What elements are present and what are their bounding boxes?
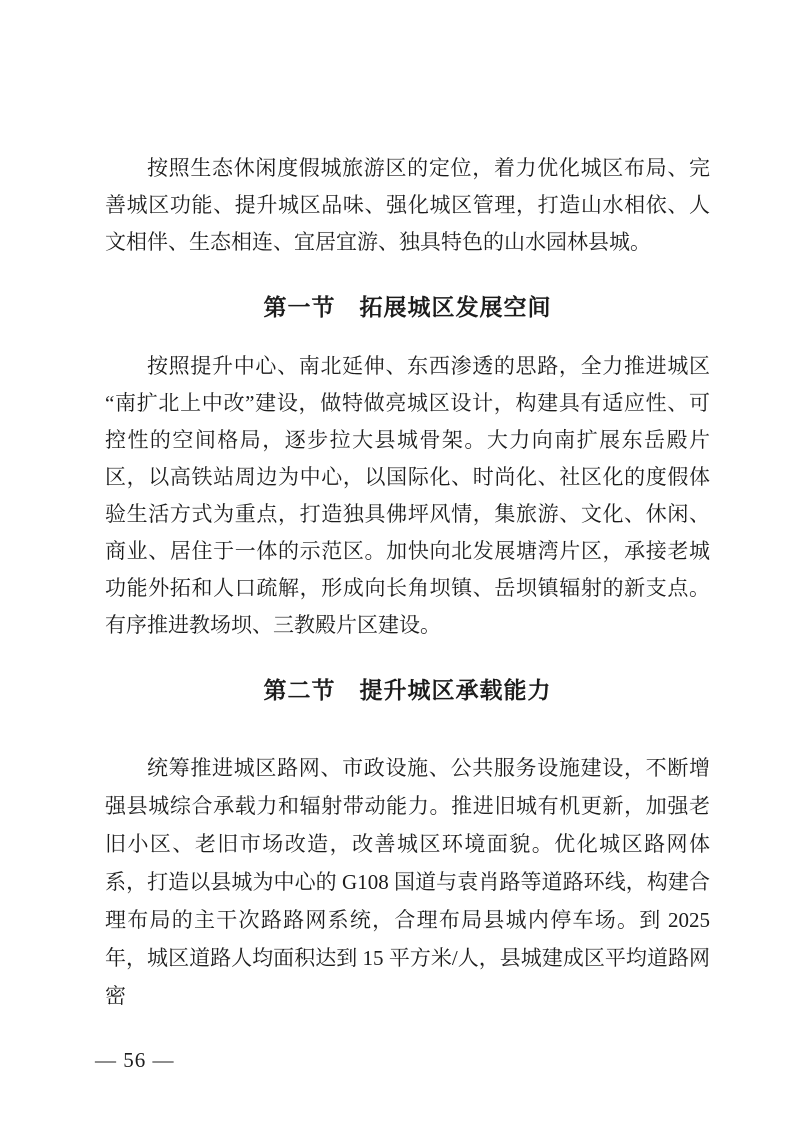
document-body: 按照生态休闲度假城旅游区的定位，着力优化城区布局、完善城区功能、提升城区品味、强… bbox=[105, 150, 710, 1015]
page-number: — 56 — bbox=[95, 1048, 175, 1073]
body-paragraph-section-2: 统筹推进城区路网、市政设施、公共服务设施建设，不断增强县城综合承载力和辐射带动能… bbox=[105, 749, 710, 1015]
section-heading-1: 第一节 拓展城区发展空间 bbox=[105, 289, 710, 326]
document-page: 按照生态休闲度假城旅游区的定位，着力优化城区布局、完善城区功能、提升城区品味、强… bbox=[0, 0, 793, 1122]
body-paragraph-section-1: 按照提升中心、南北延伸、东西渗透的思路，全力推进城区“南扩北上中改”建设，做特做… bbox=[105, 348, 710, 644]
section-heading-2: 第二节 提升城区承载能力 bbox=[105, 672, 710, 709]
body-paragraph-intro: 按照生态休闲度假城旅游区的定位，着力优化城区布局、完善城区功能、提升城区品味、强… bbox=[105, 150, 710, 261]
